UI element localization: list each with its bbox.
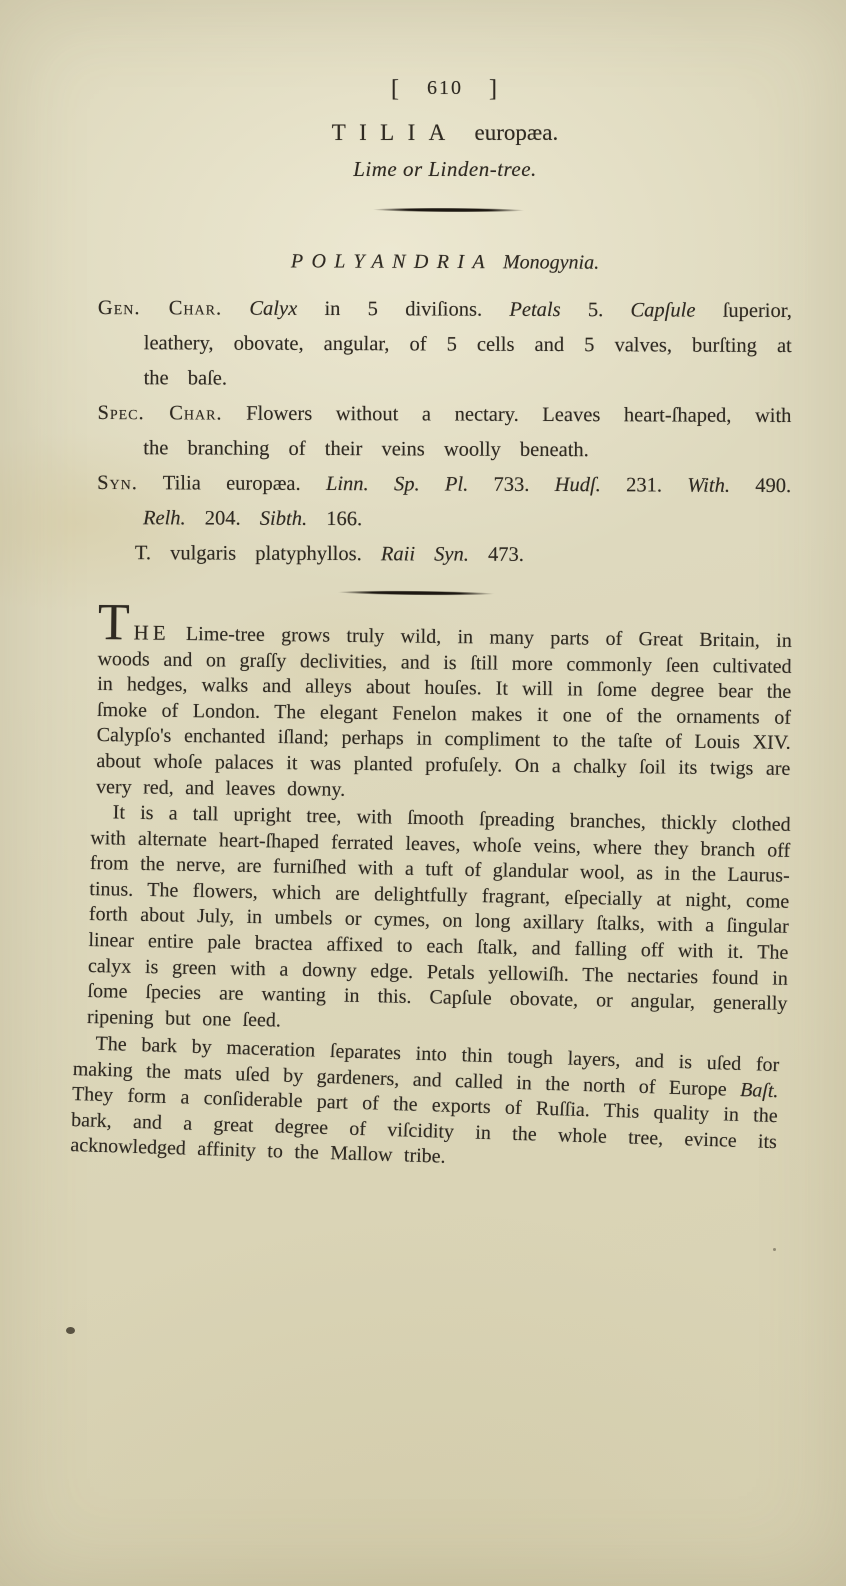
paragraph-habitat: THE Lime-tree grows truly wild, in many … (96, 620, 792, 808)
page-number-line: [610] (98, 76, 792, 103)
species-title: TILIAeuropæa. (98, 120, 792, 146)
description-text: THE Lime-tree grows truly wild, in many … (98, 620, 792, 1158)
book-page: [610] TILIAeuropæa. Lime or Linden-tree.… (0, 0, 846, 1586)
page-number-bracket-right: ] (489, 76, 499, 102)
divider-rule-middle (310, 589, 522, 597)
taxonomic-entries: Gen. Char. Calyx in 5 diviſions. Petals … (97, 291, 792, 574)
page-number-bracket-left: [ (391, 76, 401, 102)
synonyms-entry-continued: T. vulgaris platyphyllos. Raii Syn. 473. (97, 536, 791, 574)
paragraph-uses: The bark by maceration ſeparates into th… (70, 1031, 780, 1181)
linnaean-order: Monogynia. (503, 251, 599, 273)
genus-name: TILIA (332, 120, 459, 145)
common-name-subtitle: Lime or Linden-tree. (98, 157, 792, 182)
species-epithet: europæa. (475, 120, 559, 145)
generic-character-entry: Gen. Char. Calyx in 5 diviſions. Petals … (98, 291, 792, 399)
page-number: 610 (427, 77, 463, 99)
specific-character-entry: Spec. Char. Flowers without a nectary. L… (97, 396, 791, 469)
divider-rule-top (346, 206, 551, 213)
classification-line: POLYANDRIAMonogynia. (98, 249, 792, 275)
text-column: [610] TILIAeuropæa. Lime or Linden-tree.… (98, 0, 792, 1158)
paper-speck (773, 1248, 776, 1251)
ink-blot (66, 1327, 75, 1334)
synonyms-entry: Syn. Tilia europæa. Linn. Sp. Pl. 733. H… (97, 466, 791, 539)
linnaean-class: POLYANDRIA (291, 250, 493, 273)
paragraph-botany: It is a tall upright tree, with ſmooth ſ… (87, 800, 791, 1043)
initial-capital: T (98, 594, 130, 651)
lead-in-caps: HE (133, 620, 169, 644)
paragraph-habitat-text: Lime-tree grows truly wild, in many part… (96, 623, 792, 801)
